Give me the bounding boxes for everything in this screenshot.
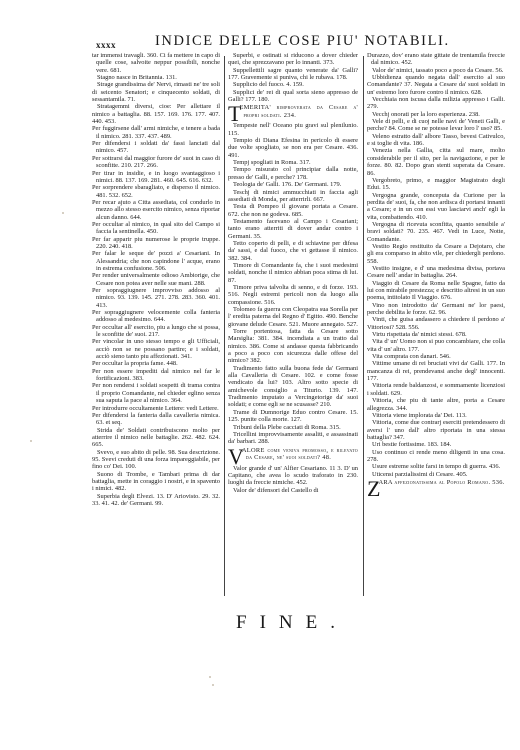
index-entry: Vittoria, che piu di tante altre, porta …: [367, 397, 505, 412]
index-entry: Vestito Regio restituito da Cesare a Dej…: [367, 243, 505, 265]
index-entry: Suppellettili sagre quanto venerate da' …: [228, 67, 358, 82]
index-entry: Vita comprata con danari. 546.: [367, 353, 505, 360]
index-entry: Per sottrarsi dal maggior furore de' suo…: [92, 155, 220, 170]
index-entry: Timore di Comandante fa, che i suoi mede…: [228, 262, 358, 284]
fine-colophon: FINE.: [236, 612, 348, 634]
index-entry: Vita d' un' Uomo non si puo concambiare,…: [367, 338, 505, 353]
index-entry: Ubbidienza quando negata dall' esercito …: [367, 74, 505, 96]
index-entry: Per far apparir piu numerose le proprie …: [92, 236, 220, 251]
index-entry: Per tirar in insidie, e in luogo svantag…: [92, 170, 220, 185]
page-folio: xxxx: [96, 40, 116, 50]
index-entry: Tetto coperto di pelli, e di schiavine p…: [228, 240, 358, 262]
index-entry: Per difendersi la fanteria dalla cavalle…: [92, 412, 220, 427]
index-entry: Veleno estratto dall' albore Tasso, beve…: [367, 133, 505, 148]
index-entry: Supplici de' rei di qual sorta sieno app…: [228, 89, 358, 104]
index-entry: Vergogna di ricevuta sconfitta, quanto s…: [367, 221, 505, 243]
index-entry: Superbi, e ostinati si riducono a dover …: [228, 52, 358, 67]
index-entry: Usure estreme solite farsi in tempo di g…: [367, 463, 505, 470]
index-columns: tar immensi travagli. 360. Ci fa mettere…: [92, 52, 506, 597]
index-entry: tar immensi travagli. 360. Ci fa mettere…: [92, 52, 220, 74]
index-entry: Per recar ajuto a Citta assediata, col c…: [92, 199, 220, 221]
index-entry: Tolomeo fa guerra con Cleopatra sua Sore…: [228, 306, 358, 328]
index-entry: Vinti, che guisa andassero a chiedere il…: [367, 316, 505, 331]
index-entry: TEMERITA' rimproverata da Cesare a' prop…: [228, 104, 358, 122]
index-entry: Teschj di nimici ammucchiati in faccia a…: [228, 189, 358, 204]
index-entry: Superbia degli Elvezi. 13. D' Ariovisto.…: [92, 493, 220, 508]
index-entry: Per sorprendere sbaragliato, e disperso …: [92, 184, 220, 199]
index-entry: Supplicio del fuoco. 4. 159.: [228, 81, 358, 88]
index-entry: Vecchiaia non iscusa dalla milizia appre…: [367, 96, 505, 111]
index-entry: Per render universalmente odioso Ambiori…: [92, 272, 220, 287]
index-entry: VALORE come veniva promosso, e rilevato …: [228, 447, 358, 465]
index-entry: Per sopraggiugnere velocemente colla fan…: [92, 309, 220, 324]
index-entry: Vestito insigne, e d' una medesima divis…: [367, 265, 505, 280]
index-column-2: Superbi, e ostinati si riducono a dover …: [228, 52, 358, 494]
index-column-3: Durazzo, dov' erano state gittate de tre…: [367, 52, 505, 497]
running-head-title: INDICE DELLE COSE PIU' NOTABILI.: [155, 33, 450, 50]
index-entry: Vele di pelli, e di cuoj nelle navi de' …: [367, 118, 505, 133]
index-entry: Venezia nella Gallia, citta sul mare, mo…: [367, 147, 505, 176]
index-entry: Vergogna grande, conceputa da Curione pe…: [367, 192, 505, 221]
entry-text: EMERITA' rimproverata da Cesare a' propr…: [239, 104, 358, 118]
index-entry: Stratagemmi diversi, cioe: Per allettare…: [92, 103, 220, 125]
index-entry: Strida de' Soldati contribuiscono molto …: [92, 427, 220, 449]
index-entry: Svevo, e suo abito di pelle. 98. Sua des…: [92, 449, 220, 471]
paper-speck: [212, 684, 214, 686]
index-entry: Testamento facevano al Campo i Cesariani…: [228, 218, 358, 240]
index-entry: Testa di Pompeo il giovane portata a Ces…: [228, 203, 358, 218]
index-entry: Vino non introdotto da' Germani ne' lor …: [367, 302, 505, 317]
column-divider: [224, 56, 225, 596]
index-entry: ZARA affezionatissima al Popolo Romano. …: [367, 479, 505, 497]
index-entry: Durazzo, dov' erano state gittate de tre…: [367, 52, 505, 67]
index-entry: Per sopraggiugnere improvviso addosso al…: [92, 287, 220, 309]
index-entry: Per falar le seque de' pozzi a' Cesarian…: [92, 250, 220, 272]
index-entry: Torre portentosa, fatta da Cesare sotto …: [228, 328, 358, 365]
index-entry: Tribuni della Plebe cacciati di Roma. 31…: [228, 424, 358, 431]
index-entry: Stagno nasce in Britannia. 131.: [92, 74, 220, 81]
paper-speck: [209, 676, 211, 678]
index-entry: Per non rendersi i soldati sospetti di t…: [92, 382, 220, 404]
index-entry: Per occultar all' esercito, piu a lungo …: [92, 324, 220, 339]
index-entry: Per non essere impediti dal nimico nel f…: [92, 368, 220, 383]
index-entry: Strage grandissima de' Nervi, rimasti ne…: [92, 81, 220, 103]
index-entry: Uri bestie fortissime. 183. 184.: [367, 441, 505, 448]
index-entry: Viaggio di Cesare da Roma nelle Spagne, …: [367, 280, 505, 302]
index-entry: Tricellini improvvisamente assaliti, e a…: [228, 431, 358, 446]
entry-text: ARA affezionatissima al Popolo Romano. 5…: [378, 479, 504, 486]
index-entry: Tempo misurato col principiar dalla nott…: [228, 166, 358, 181]
index-entry: Valor de' nimici, tassato poco a poco da…: [367, 67, 505, 74]
index-entry: Teologia de' Galli. 176. De' Germani. 17…: [228, 181, 358, 188]
index-entry: Per difendersi i soldati da' fassi lanci…: [92, 140, 220, 155]
index-entry: Uticensi parzialissimi di Cesare. 405.: [367, 471, 505, 478]
index-entry: Suono di Trombe, e Tambari prima di dar …: [92, 471, 220, 493]
index-entry: Uso continuo ci rende meno diligenti in …: [367, 449, 505, 464]
index-entry: Vittime umane di rei bruciati vivi da' G…: [367, 360, 505, 382]
paper-speck: [30, 440, 32, 442]
index-entry: Virtu rispettata da' nimici stessi. 678.: [367, 331, 505, 338]
index-entry: Per occultar al nimico, in qual sito del…: [92, 221, 220, 236]
index-entry: Trame di Dumnorige Eduo contro Cesare. 1…: [228, 409, 358, 424]
index-entry: Tempio di Diana Efesina in pericolo di e…: [228, 137, 358, 159]
index-entry: Per fuggirsene dall' armi nimiche, e ten…: [92, 125, 220, 140]
index-entry: Valor de' difensori del Castello di: [228, 487, 358, 494]
index-entry: Timore priva talvolta di senno, e di for…: [228, 284, 358, 306]
index-entry: Tempeste nell' Oceano piu gravi sul plen…: [228, 122, 358, 137]
index-entry: Vittoria viene implorata da' Dei. 113.: [367, 412, 505, 419]
index-entry: Per occultar la propria fame. 448.: [92, 360, 220, 367]
entry-text: ALORE come veniva promosso, e rilevato d…: [242, 447, 358, 461]
index-entry: Tradimento fatto sulla buona fede da' Ge…: [228, 365, 358, 409]
index-entry: Vecchj onorati per la loro esperienza. 2…: [367, 111, 505, 118]
index-entry: Vittoria, come due contrarj eserciti pre…: [367, 419, 505, 441]
paper-speck: [62, 212, 64, 214]
index-entry: Tempj spogliati in Roma. 317.: [228, 159, 358, 166]
index-entry: Vittoria rende baldanzosi, e sommamente …: [367, 382, 505, 397]
index-entry: Valor grande d' un' Alfier Cesariano. 11…: [228, 465, 358, 487]
book-page: xxxx INDICE DELLE COSE PIU' NOTABILI. ta…: [0, 0, 520, 750]
index-entry: Per vincolar in uno stesso tempo e gli U…: [92, 338, 220, 360]
index-column-1: tar immensi travagli. 360. Ci fa mettere…: [92, 52, 220, 507]
index-entry: Per introdurre occultamente Lettere: ved…: [92, 405, 220, 412]
column-divider: [363, 56, 364, 596]
index-entry: Vergobreto, primo, e maggior Magistrato …: [367, 177, 505, 192]
